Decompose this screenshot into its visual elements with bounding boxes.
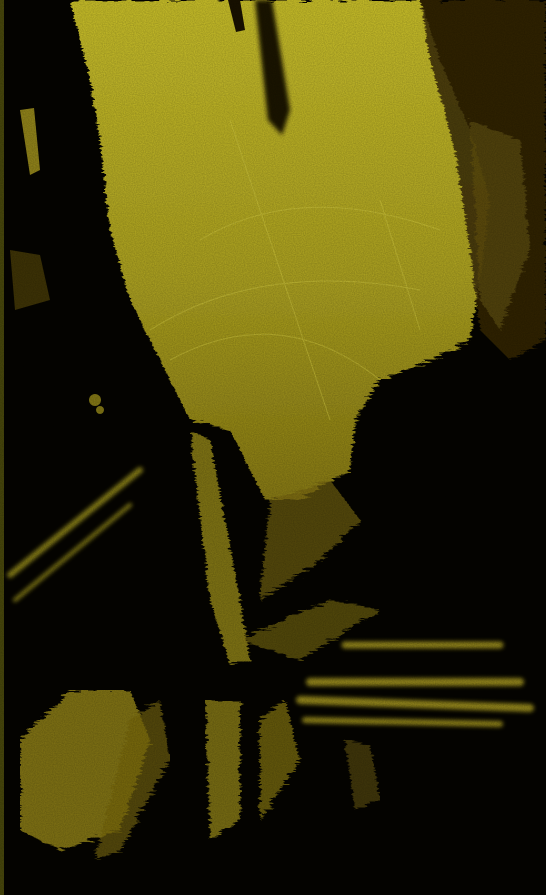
painting-artwork [0,0,546,895]
abstract-painting [0,0,546,895]
